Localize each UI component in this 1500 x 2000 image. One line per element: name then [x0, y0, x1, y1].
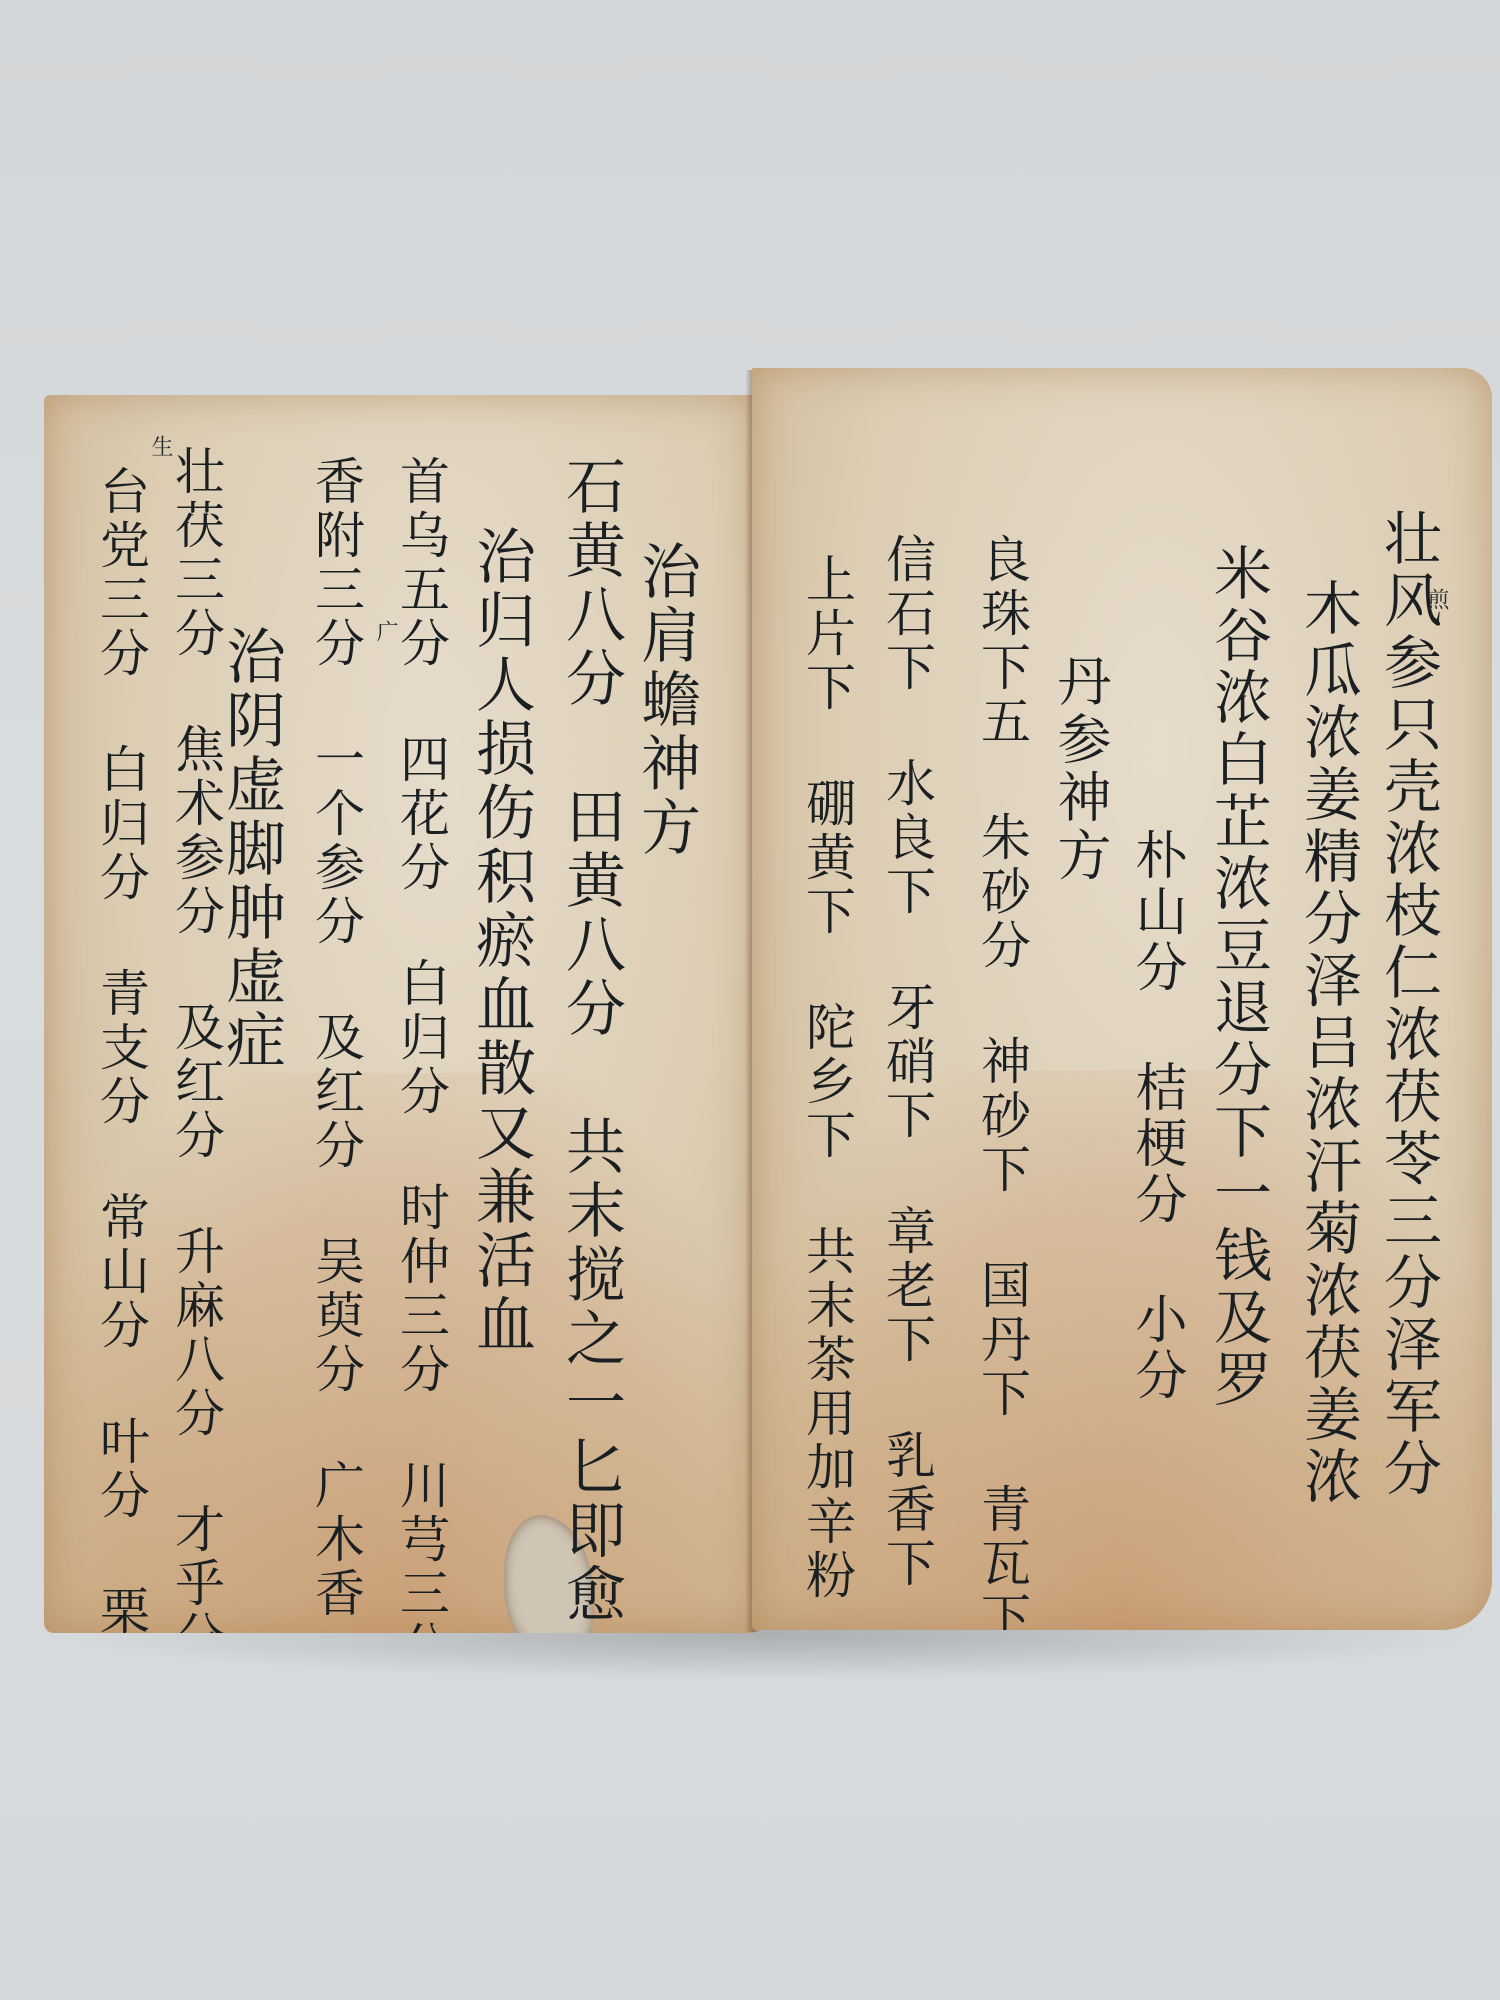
left-col-4: 首乌五分 四花分 白归分 时仲三分 川芎三分 泽泻分 — [396, 455, 446, 1633]
right-col-6: 良珠下五 朱砂分 神砂下 国丹下 青瓦下 轻粉下 — [977, 533, 1027, 1630]
left-col-5: 香附三分 一个参分 及红分 吴萸分 广木香 附 — [311, 455, 361, 1633]
right-col-7: 信石下 水良下 牙硝下 章老下 乳香下 胆瓦下 — [882, 533, 932, 1630]
left-col-1-title: 治肩蟾神方 — [636, 540, 696, 860]
left-col-2: 石黄八分 田黄八分 共末搅之一匕即愈 — [561, 455, 621, 1627]
left-page: 治肩蟾神方 石黄八分 田黄八分 共末搅之一匕即愈 治归人损伤积瘀血散又兼活血 首… — [44, 395, 756, 1633]
right-col-5-title: 丹参神方 — [1053, 653, 1107, 885]
left-col-6-title: 治阴虚脚肿虚症 — [221, 625, 281, 1073]
right-col-4: 朴山分 桔梗分 小分 — [1130, 828, 1182, 1404]
left-col-7: 壮茯三分 焦术参分 及红分 升麻八分 才乎分 — [171, 445, 221, 1633]
margin-note: 生 — [145, 435, 176, 457]
margin-note: 煎 — [1421, 588, 1452, 610]
right-col-3: 米谷浓白芷浓豆退分下一钱及罗 — [1209, 543, 1267, 1411]
left-col-3: 治归人损伤积瘀血散又兼活血 — [471, 525, 531, 1357]
right-col-2: 木瓜浓姜精分泽吕浓汗菊浓茯姜浓 — [1299, 578, 1357, 1508]
left-col-8: 台党三分 白归分 青支分 常山分 叶分 栗参枚 — [96, 465, 146, 1633]
right-col-1: 壮风参只壳浓枝仁浓茯苓三分泽军分 — [1379, 508, 1437, 1500]
right-col-8: 上片下 硼黄下 陀乡下 共末茶用加辛粉 — [802, 553, 852, 1603]
margin-note: 广 — [370, 620, 401, 642]
right-page: 壮风参只壳浓枝仁浓茯苓三分泽军分 木瓜浓姜精分泽吕浓汗菊浓茯姜浓 米谷浓白芷浓豆… — [752, 368, 1492, 1630]
